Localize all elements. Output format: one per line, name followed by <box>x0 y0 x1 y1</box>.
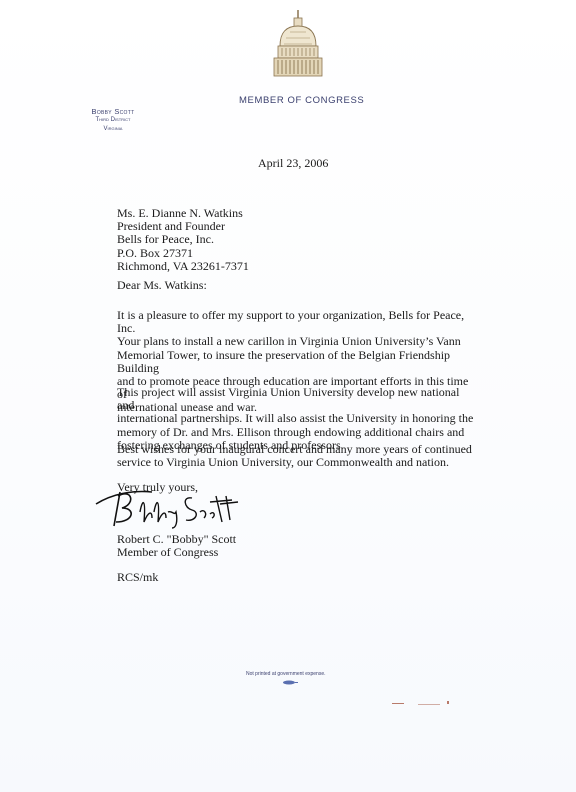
sender-name: Bobby Scott <box>78 107 148 116</box>
recipient-address: Ms. E. Dianne N. Watkins President and F… <box>117 207 249 273</box>
paragraph-line: service to Virginia Union University, ou… <box>117 456 477 469</box>
letter-date: April 23, 2006 <box>258 156 328 171</box>
paragraph-line: This project will assist Virginia Union … <box>117 386 477 412</box>
paper-mark <box>418 704 440 705</box>
paragraph-line: memory of Dr. and Mrs. Ellison through e… <box>117 426 477 439</box>
signer-title: Member of Congress <box>117 546 236 559</box>
letterhead-title: MEMBER OF CONGRESS <box>239 95 364 106</box>
sender-district: Third District <box>78 116 148 125</box>
paragraph-line: international partnerships. It will also… <box>117 412 477 425</box>
address-line: Bells for Peace, Inc. <box>117 233 249 246</box>
address-line: Richmond, VA 23261-7371 <box>117 260 249 273</box>
address-line: P.O. Box 27371 <box>117 247 249 260</box>
handwritten-signature-icon <box>92 482 242 530</box>
paper-mark <box>392 703 404 704</box>
letterhead-sender: Bobby Scott Third District Virginia <box>78 107 148 134</box>
paragraph-line: It is a pleasure to offer my support to … <box>117 309 477 335</box>
signer-block: Robert C. "Bobby" Scott Member of Congre… <box>117 533 236 559</box>
reference-initials: RCS/mk <box>117 571 158 584</box>
paper-mark <box>447 701 449 704</box>
footer-note: Not printed at government expense. <box>246 671 326 677</box>
paragraph-line: Memorial Tower, to insure the preservati… <box>117 349 477 375</box>
salutation: Dear Ms. Watkins: <box>117 279 207 292</box>
sender-state: Virginia <box>78 125 148 134</box>
paragraph-line: Your plans to install a new carillon in … <box>117 335 477 348</box>
body-paragraph-3: Best wishes for your inaugural concert a… <box>117 443 477 469</box>
union-bug-icon <box>281 680 299 685</box>
capitol-dome-icon <box>268 8 328 80</box>
